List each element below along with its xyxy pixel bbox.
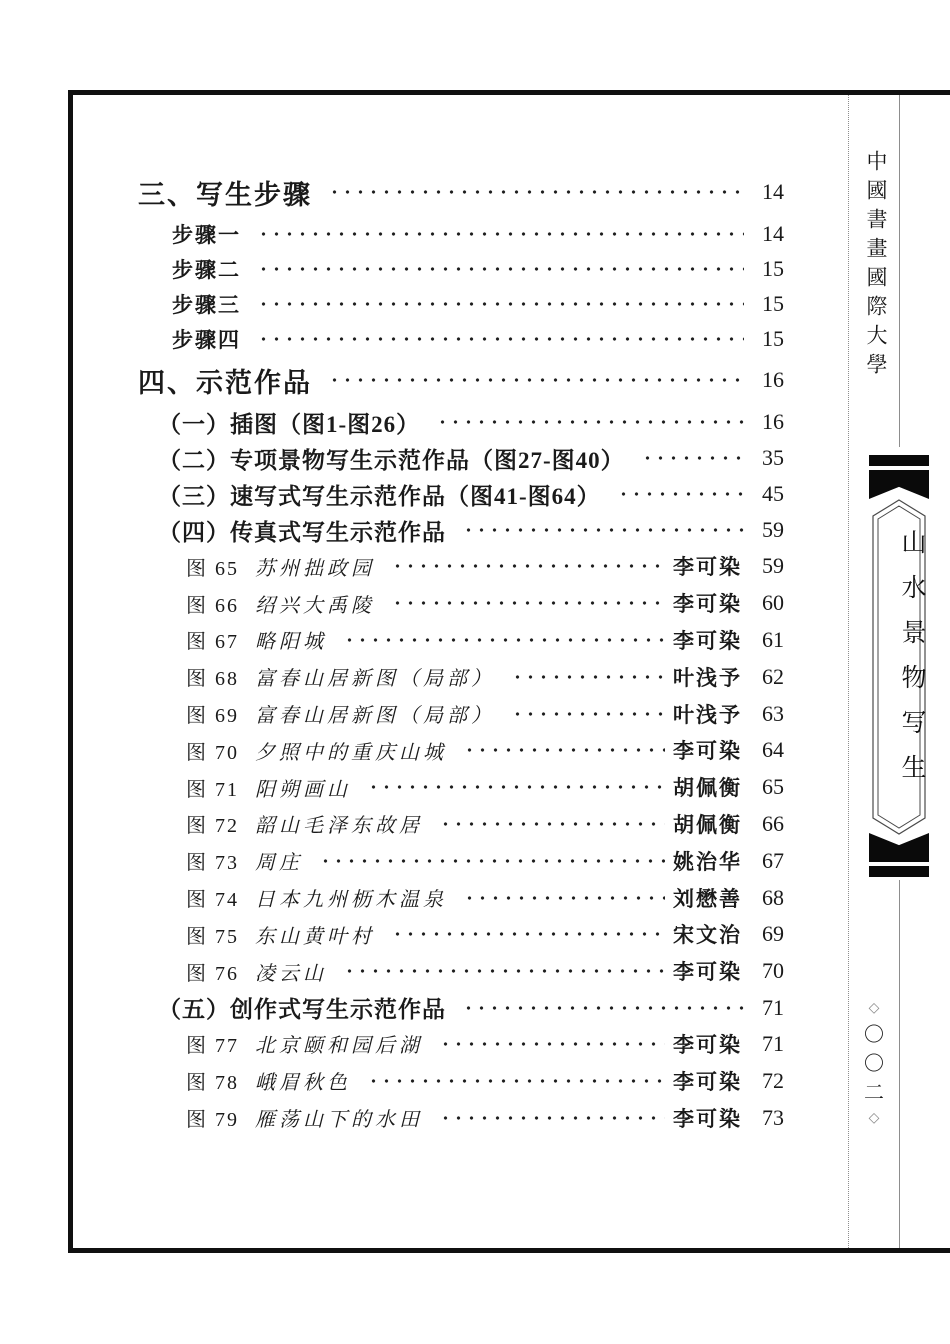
- diamond-ornament: ◇: [869, 1002, 880, 1016]
- toc-row: 图 75东山黄叶村宋文治69: [138, 916, 784, 953]
- page-number: 59: [752, 517, 784, 543]
- dot-leader: [365, 778, 665, 796]
- figure-number: 图 76: [186, 957, 239, 986]
- diamond-ornament: ◇: [869, 1112, 880, 1126]
- toc-row: （三）速写式写生示范作品（图41-图64）45: [138, 476, 784, 512]
- figure-title: 富春山居新图（局部）: [255, 699, 495, 728]
- artist-name: 李可染: [673, 551, 742, 581]
- university-name-vertical: 中國書畫國際大學: [861, 150, 891, 382]
- toc-item-label: 步骤一: [172, 219, 241, 249]
- dot-leader: [461, 889, 665, 907]
- dot-leader: [509, 668, 665, 686]
- page-number: 67: [752, 848, 784, 874]
- figure-title: 峨眉秋色: [255, 1066, 351, 1095]
- figure-number: 图 75: [186, 920, 239, 949]
- page-number: 60: [752, 590, 784, 616]
- folio-page-number: ◇〇〇二◇: [849, 1002, 899, 1126]
- figure-title: 苏州拙政园: [255, 552, 375, 581]
- banner-bottom-bar: [869, 866, 929, 877]
- artist-name: 李可染: [673, 1103, 742, 1133]
- dot-leader: [255, 260, 744, 278]
- toc-row: 图 69富春山居新图（局部）叶浅予63: [138, 695, 784, 732]
- artist-name: 胡佩衡: [673, 809, 742, 839]
- page-number: 16: [752, 367, 784, 393]
- figure-number: 图 79: [186, 1103, 239, 1132]
- dot-leader: [389, 925, 665, 943]
- toc-row: 四、示范作品16: [138, 356, 784, 404]
- toc-row: 图 70夕照中的重庆山城李可染64: [138, 732, 784, 769]
- artist-name: 李可染: [673, 625, 742, 655]
- toc-row: 图 65苏州拙政园李可染59: [138, 548, 784, 585]
- artist-name: 李可染: [673, 1029, 742, 1059]
- artist-name: 李可染: [673, 956, 742, 986]
- figure-number: 图 66: [186, 589, 239, 618]
- dot-leader: [461, 741, 665, 759]
- scanned-book-toc-page: 三、写生步骤14步骤一14步骤二15步骤三15步骤四15四、示范作品16（一）插…: [0, 0, 950, 1344]
- toc-row: （一）插图（图1-图26）16: [138, 404, 784, 440]
- page-number: 61: [752, 627, 784, 653]
- page-number: 71: [752, 1031, 784, 1057]
- toc-item-label: 步骤二: [172, 254, 241, 284]
- artist-name: 李可染: [673, 1066, 742, 1096]
- figure-title: 韶山毛泽东故居: [255, 809, 423, 838]
- toc-row: （二）专项景物写生示范作品（图27-图40）35: [138, 440, 784, 476]
- toc-row: （五）创作式写生示范作品71: [138, 990, 784, 1026]
- folio-digit: 〇: [864, 1025, 884, 1045]
- figure-number: 图 71: [186, 773, 239, 802]
- dot-leader: [460, 999, 744, 1017]
- figure-number: 图 74: [186, 883, 239, 912]
- table-of-contents: 三、写生步骤14步骤一14步骤二15步骤三15步骤四15四、示范作品16（一）插…: [138, 168, 784, 1136]
- dot-leader: [615, 485, 744, 503]
- page-number: 72: [752, 1068, 784, 1094]
- figure-title: 阳朔画山: [255, 773, 351, 802]
- page-number: 14: [752, 221, 784, 247]
- toc-item-label: 三、写生步骤: [138, 173, 312, 212]
- artist-name: 姚治华: [673, 846, 742, 876]
- page-number: 65: [752, 774, 784, 800]
- toc-row: 图 76凌云山李可染70: [138, 953, 784, 990]
- toc-row: 图 67略阳城李可染61: [138, 622, 784, 659]
- figure-number: 图 69: [186, 699, 239, 728]
- banner-bottom-ribbon: [869, 833, 929, 862]
- figure-title: 略阳城: [255, 625, 327, 654]
- dot-leader: [460, 521, 744, 539]
- artist-name: 李可染: [673, 588, 742, 618]
- figure-title: 东山黄叶村: [255, 920, 375, 949]
- sidebar-rule-right-lower: [899, 880, 900, 1248]
- artist-name: 刘懋善: [673, 883, 742, 913]
- dot-leader: [341, 962, 665, 980]
- dot-leader: [255, 330, 744, 348]
- toc-row: 步骤三15: [138, 286, 784, 321]
- folio-digit: 二: [864, 1083, 884, 1103]
- spine-banner: 山水景物写生: [869, 455, 929, 877]
- toc-item-label: 四、示范作品: [138, 361, 312, 400]
- page-number: 71: [752, 995, 784, 1021]
- toc-row: 图 78峨眉秋色李可染72: [138, 1062, 784, 1099]
- dot-leader: [434, 413, 744, 431]
- figure-title: 周庄: [255, 846, 303, 875]
- toc-row: 图 71阳朔画山胡佩衡65: [138, 769, 784, 806]
- figure-number: 图 72: [186, 809, 239, 838]
- toc-row: 图 77北京颐和园后湖李可染71: [138, 1026, 784, 1063]
- page-number: 14: [752, 179, 784, 205]
- banner-top-bar: [869, 455, 929, 466]
- dot-leader: [437, 815, 665, 833]
- banner-top-ribbon: [869, 470, 929, 499]
- toc-row: 三、写生步骤14: [138, 168, 784, 216]
- figure-number: 图 65: [186, 552, 239, 581]
- dot-leader: [326, 183, 744, 201]
- page-number: 70: [752, 958, 784, 984]
- dot-leader: [255, 295, 744, 313]
- toc-row: 步骤一14: [138, 216, 784, 251]
- toc-row: 图 73周庄姚治华67: [138, 842, 784, 879]
- page-number: 69: [752, 921, 784, 947]
- toc-row: 图 68富春山居新图（局部）叶浅予62: [138, 658, 784, 695]
- page-number: 45: [752, 481, 784, 507]
- figure-number: 图 77: [186, 1029, 239, 1058]
- dot-leader: [326, 371, 744, 389]
- toc-item-label: （四）传真式写生示范作品: [158, 514, 446, 547]
- dot-leader: [365, 1072, 665, 1090]
- figure-number: 图 73: [186, 846, 239, 875]
- figure-title: 凌云山: [255, 957, 327, 986]
- figure-number: 图 68: [186, 662, 239, 691]
- toc-row: 图 74日本九州枥木温泉刘懋善68: [138, 879, 784, 916]
- dot-leader: [437, 1035, 665, 1053]
- artist-name: 叶浅予: [673, 662, 742, 692]
- toc-row: 图 79雁荡山下的水田李可染73: [138, 1099, 784, 1136]
- page-number: 68: [752, 885, 784, 911]
- page-number: 35: [752, 445, 784, 471]
- toc-row: 步骤二15: [138, 251, 784, 286]
- page-number: 15: [752, 291, 784, 317]
- page-number: 15: [752, 256, 784, 282]
- figure-title: 北京颐和园后湖: [255, 1029, 423, 1058]
- toc-item-label: （五）创作式写生示范作品: [158, 991, 446, 1024]
- toc-row: （四）传真式写生示范作品59: [138, 512, 784, 548]
- toc-row: 图 66绍兴大禹陵李可染60: [138, 585, 784, 622]
- dot-leader: [389, 594, 665, 612]
- dot-leader: [437, 1109, 665, 1127]
- folio-digit: 〇: [864, 1054, 884, 1074]
- page-number: 63: [752, 701, 784, 727]
- book-title-vertical: 山水景物写生: [869, 529, 929, 829]
- dot-leader: [389, 557, 665, 575]
- dot-leader: [639, 449, 744, 467]
- dot-leader: [255, 225, 744, 243]
- toc-item-label: （一）插图（图1-图26）: [158, 406, 420, 439]
- artist-name: 宋文治: [673, 919, 742, 949]
- figure-title: 日本九州枥木温泉: [255, 883, 447, 912]
- figure-title: 绍兴大禹陵: [255, 589, 375, 618]
- dot-leader: [341, 631, 665, 649]
- toc-row: 步骤四15: [138, 321, 784, 356]
- artist-name: 叶浅予: [673, 699, 742, 729]
- artist-name: 胡佩衡: [673, 772, 742, 802]
- dot-leader: [317, 852, 665, 870]
- toc-item-label: （二）专项景物写生示范作品（图27-图40）: [158, 442, 625, 475]
- page-number: 59: [752, 553, 784, 579]
- toc-row: 图 72韶山毛泽东故居胡佩衡66: [138, 806, 784, 843]
- figure-number: 图 70: [186, 736, 239, 765]
- figure-title: 雁荡山下的水田: [255, 1103, 423, 1132]
- figure-number: 图 78: [186, 1066, 239, 1095]
- toc-item-label: 步骤四: [172, 324, 241, 354]
- toc-item-label: 步骤三: [172, 289, 241, 319]
- dot-leader: [509, 705, 665, 723]
- figure-title: 夕照中的重庆山城: [255, 736, 447, 765]
- page-number: 16: [752, 409, 784, 435]
- page-number: 73: [752, 1105, 784, 1131]
- page-number: 64: [752, 737, 784, 763]
- page-number: 15: [752, 326, 784, 352]
- page-number: 62: [752, 664, 784, 690]
- figure-number: 图 67: [186, 625, 239, 654]
- figure-title: 富春山居新图（局部）: [255, 662, 495, 691]
- artist-name: 李可染: [673, 735, 742, 765]
- sidebar-rule-right-upper: [899, 95, 900, 447]
- page-number: 66: [752, 811, 784, 837]
- toc-item-label: （三）速写式写生示范作品（图41-图64）: [158, 478, 601, 511]
